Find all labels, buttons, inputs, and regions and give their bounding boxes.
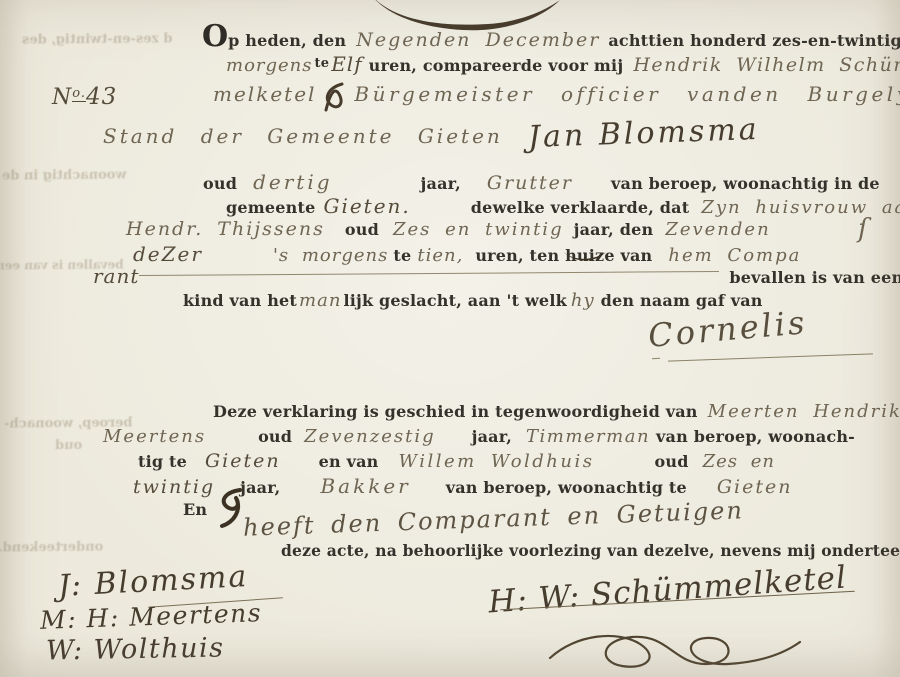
bleed-through-text: onderteekend. [0, 540, 103, 556]
handwritten-age: twintig [133, 476, 215, 498]
ink-flourish-loops [548, 624, 803, 674]
underline-dash [652, 358, 660, 359]
printed-text: bevallen is van een [729, 268, 900, 287]
handwritten-witness-name: Willem Woldhuis [399, 451, 595, 472]
printed-text: jaar, [421, 174, 461, 193]
act-line-17: deze acte, na behoorlijke voorlezing van… [281, 541, 900, 560]
handwritten-official-name: Hendrik Wilhelm Schüm [633, 54, 900, 76]
handwritten-witness-name: Meerten Hendriks [708, 401, 900, 422]
handwritten-hour: Elf [331, 52, 362, 76]
printed-text: oud [203, 174, 237, 193]
handwritten-occupation: Bakker [320, 474, 410, 498]
act-line-1: Op heden, den Negenden December achttien… [202, 22, 900, 52]
declarant-name: Jan Blomsma [527, 112, 760, 155]
handwritten-hour: tien, [417, 245, 463, 266]
handwritten-text: hem Compa [668, 245, 801, 266]
act-line-12: Deze verklaring is geschied in tegenwoor… [213, 401, 900, 422]
signature-witness2: W: Wolthuis [46, 632, 225, 666]
record-number-prefix: N [52, 85, 72, 110]
printed-text: lijk geslacht, aan 't welk [343, 291, 566, 310]
bleed-through-text: d zes-en-twintig, des [22, 31, 173, 47]
ink-blot-crescent [558, 246, 608, 264]
printed-text: te [393, 246, 411, 265]
printed-text: dewelke verklaarde, dat [471, 198, 690, 217]
handwritten-witness-name: Meertens [103, 426, 206, 447]
handwritten-age: dertig [253, 170, 332, 194]
handwritten-municipality: Gieten [205, 450, 281, 472]
printed-text: jaar, den [574, 220, 654, 239]
printed-text: p heden, den [228, 31, 346, 50]
handwritten-text: rant [93, 264, 139, 288]
signature-declarant: J: Blomsma [57, 559, 249, 604]
handwritten-municipality: Gieten. [323, 194, 410, 218]
document-scan: d zes-en-twintig, des woonachtig in de b… [0, 0, 900, 677]
printed-text: jaar, [240, 478, 280, 497]
ruled-dash [139, 270, 719, 275]
handwritten-age: Zes en [703, 451, 775, 472]
drop-cap: O [202, 22, 228, 52]
act-line-8: deZer 's morgens te tien, uren, ten huiz… [133, 242, 801, 266]
printed-text: den naam gaf van [601, 291, 763, 310]
act-line-4: Stand der Gemeente Gieten [103, 124, 503, 148]
printed-text: deze acte, na behoorlijke voorlezing van… [281, 541, 900, 560]
record-number-value: 43 [86, 84, 117, 110]
printed-text: Deze verklaring is geschied in tegenwoor… [213, 402, 698, 421]
handwritten-text: morgens [226, 55, 313, 76]
handwritten-day: Zevenden [665, 219, 770, 240]
printed-text: oud [345, 220, 379, 239]
ink-flourish-ampersand [322, 82, 348, 112]
handwritten-occupation: Timmerman [526, 426, 650, 447]
handwritten-text: heeft den Comparant en Getuigen [243, 496, 745, 541]
record-number: No.43 [52, 84, 117, 110]
handwritten-age: Zes en twintig [393, 219, 564, 240]
printed-text: achttien honderd zes-en-twintig, des [608, 31, 900, 50]
handwritten-text: hy [571, 290, 595, 311]
printed-text: van beroep, woonachtig te [446, 478, 687, 497]
bleed-through-text: woonachtig in de [2, 167, 127, 183]
act-line-7: Hendr. Thijssens oud Zes en twintig jaar… [126, 218, 771, 240]
act-line-6: gemeente Gieten. dewelke verklaarde, dat… [226, 194, 900, 218]
printed-text: En [183, 500, 207, 519]
act-line-2: morgens te Elf uren, compareerde voor mi… [226, 52, 900, 76]
handwritten-text: 's morgens [273, 245, 388, 266]
act-line-5: oud dertig jaar, Grutter van beroep, woo… [203, 170, 880, 194]
printed-text: jaar, [472, 427, 512, 446]
act-line-13: Meertens oud Zevenzestig jaar, Timmerman… [103, 426, 855, 447]
handwritten-occupation: Grutter [487, 172, 573, 194]
printed-text: kind van het [183, 291, 297, 310]
printed-text: tig te [138, 452, 187, 471]
underline [668, 353, 873, 361]
handwritten-municipality: Gieten [717, 476, 793, 498]
printed-text: van beroep, woonachtig in de [611, 174, 880, 193]
printed-text: oud [258, 427, 292, 446]
handwritten-age: Zevenzestig [304, 426, 435, 447]
ink-flourish-comma [216, 488, 244, 528]
printed-text: te [315, 56, 330, 71]
handwritten-text: Zyn huisvrouw aaltje [701, 197, 900, 218]
handwritten-mother-name: Hendr. Thijssens [126, 218, 325, 240]
handwritten-date: Negenden December [356, 29, 600, 51]
act-line-14: tig te Gieten en van Willem Woldhuis oud… [138, 450, 775, 472]
signature-official: H: W: Schümmelketel [487, 560, 848, 621]
handwritten-text: melketel [213, 82, 316, 106]
printed-text: uren, compareerde voor mij [369, 56, 624, 75]
bleed-through-text: oud [55, 438, 82, 453]
ink-flourish-tail: ſ [858, 214, 869, 244]
handwritten-text: deZer [133, 242, 203, 266]
printed-text: gemeente [226, 198, 315, 217]
signature-witness1: M: H: Meertens [40, 598, 263, 635]
act-line-10: kind van het man lijk geslacht, aan 't w… [183, 290, 763, 311]
record-number-sup: o. [72, 86, 86, 102]
handwritten-text: Bürgemeister officier vanden Burgelyke, [354, 82, 900, 106]
printed-text: en van [319, 452, 379, 471]
handwritten-gender: man [299, 290, 341, 311]
act-line-3: melketel Bürgemeister officier vanden Bu… [213, 82, 900, 112]
printed-text: van beroep, woonach- [656, 427, 855, 446]
printed-text: oud [655, 452, 689, 471]
act-line-9: rant bevallen is van een [93, 264, 900, 288]
handwritten-text: Stand der Gemeente Gieten [103, 124, 503, 148]
